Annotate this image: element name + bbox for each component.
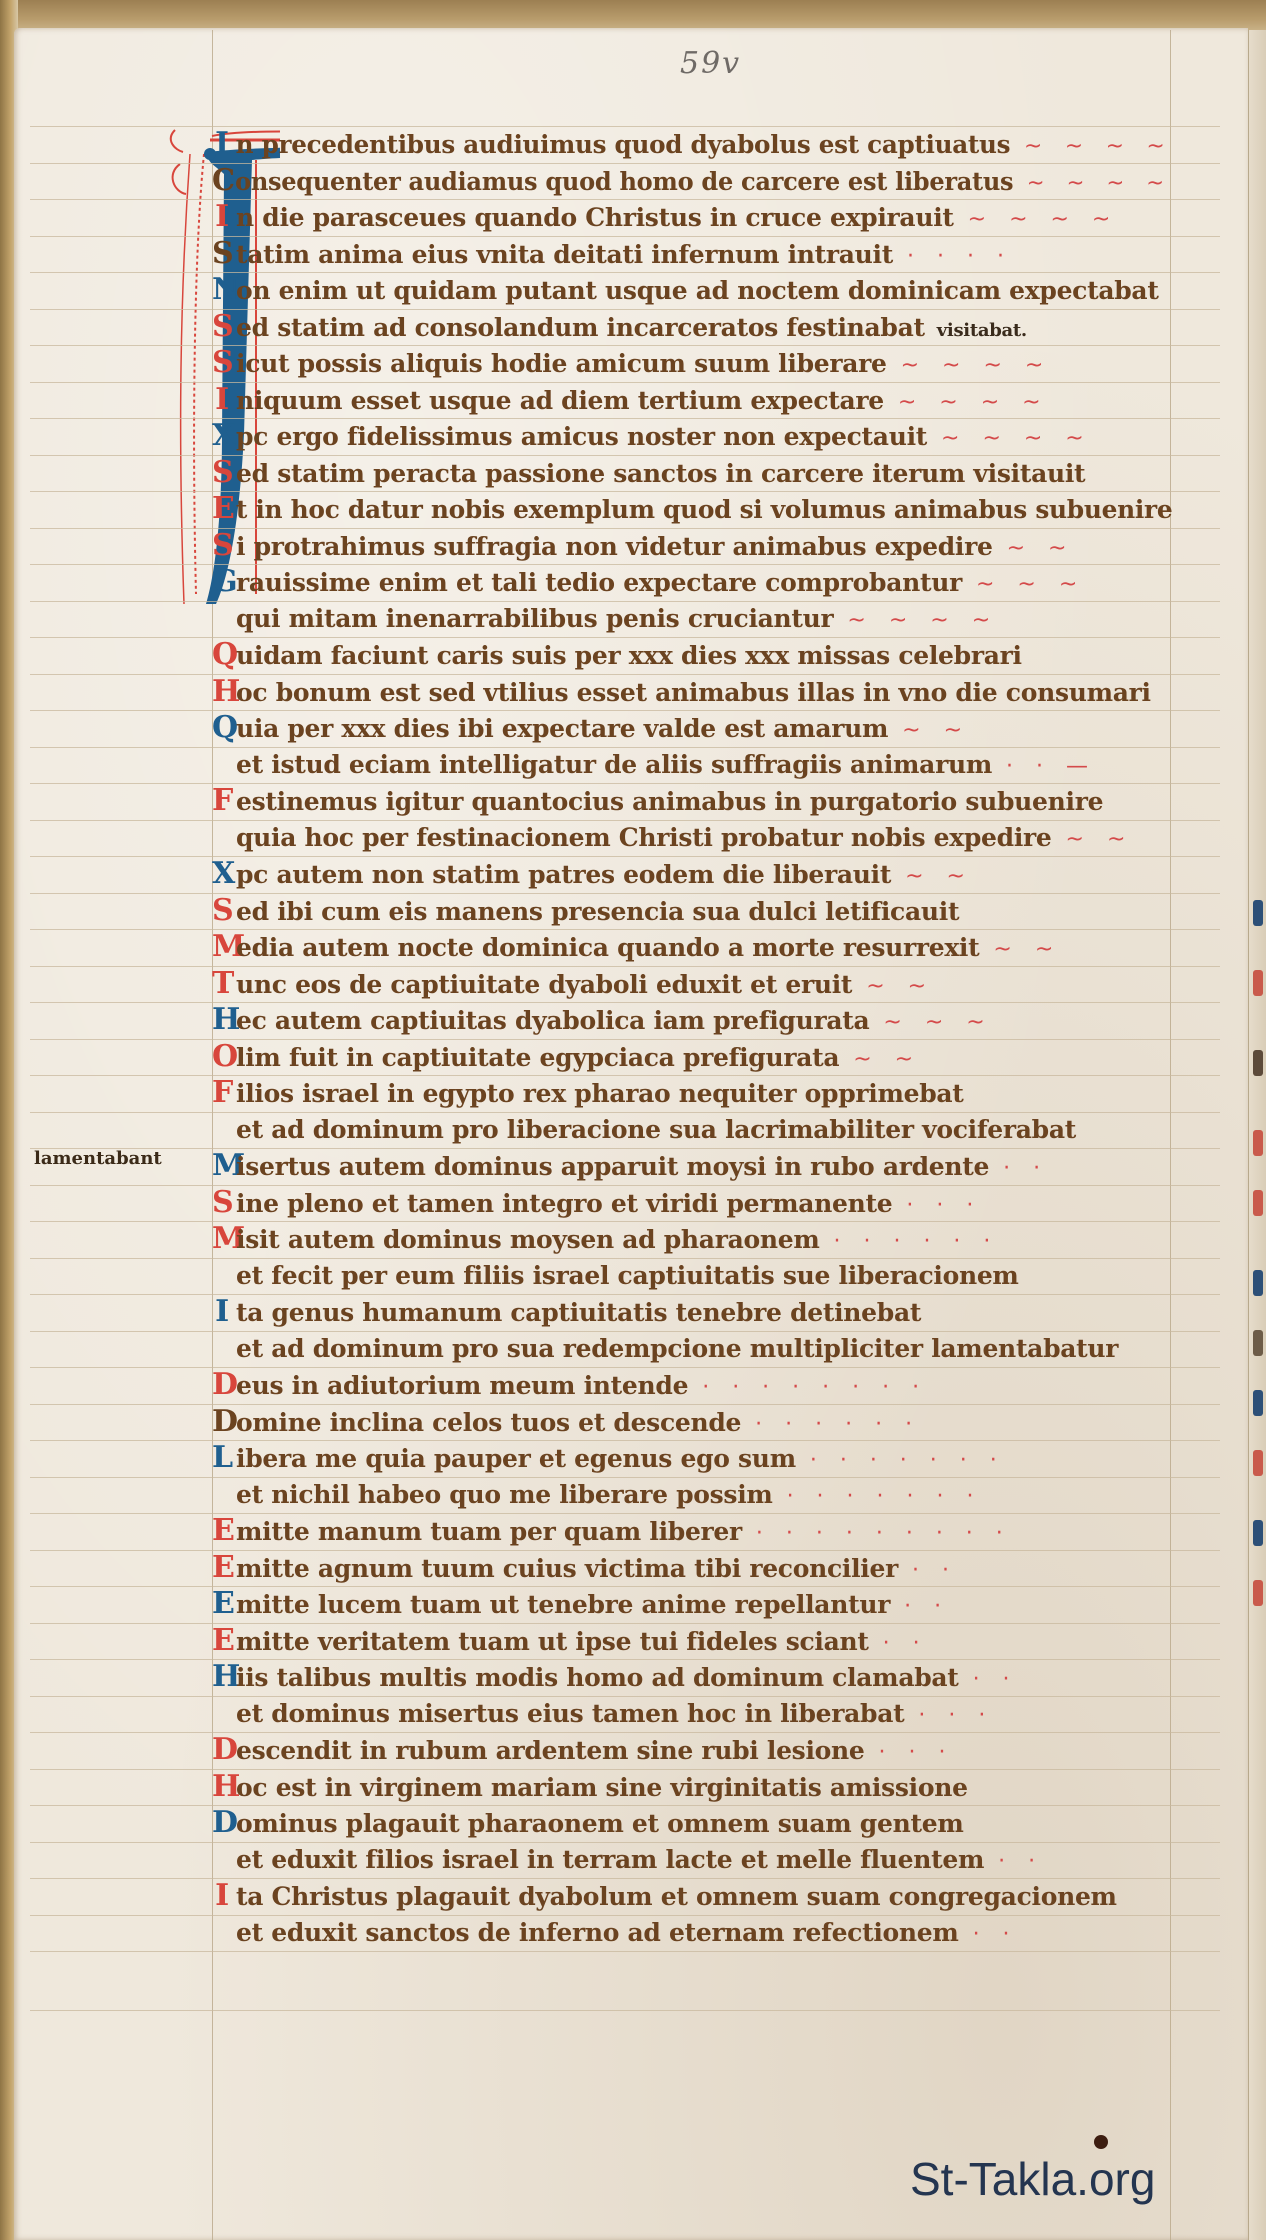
- text-line: Tunc eos de captiuitate dyaboli eduxit e…: [212, 966, 1172, 1003]
- line-text: isertus autem dominus apparuit moysi in …: [236, 1152, 989, 1181]
- leaf-initial-mark: [1253, 1330, 1263, 1356]
- line-initial: I: [212, 1294, 232, 1330]
- line-initial: H: [212, 674, 232, 710]
- line-text: quia hoc per festinacionem Christi proba…: [236, 823, 1052, 852]
- ruling-line: [30, 747, 1220, 748]
- line-text: uia per xxx dies ibi expectare valde est…: [236, 714, 888, 743]
- line-initial: X: [212, 418, 232, 454]
- line-filler: ~ ~ ~ ~: [898, 385, 1049, 421]
- ruling-line: [30, 455, 1220, 456]
- line-filler: ~ ~ ~ ~: [847, 603, 998, 639]
- line-filler: ~ ~: [1007, 531, 1075, 567]
- line-text: ta genus humanum captiuitatis tenebre de…: [236, 1298, 921, 1327]
- line-text: et eduxit sanctos de inferno ad eternam …: [236, 1918, 959, 1947]
- leaf-initial-mark: [1253, 1130, 1263, 1156]
- line-text: escendit in rubum ardentem sine rubi les…: [236, 1736, 865, 1765]
- line-text: n precedentibus audiuimus quod dyabolus …: [236, 130, 1011, 159]
- line-text: t in hoc datur nobis exemplum quod si vo…: [236, 495, 1173, 524]
- text-line: Non enim ut quidam putant usque ad nocte…: [212, 272, 1172, 309]
- text-line: Misertus autem dominus apparuit moysi in…: [212, 1148, 1172, 1185]
- line-text: on enim ut quidam putant usque ad noctem…: [236, 276, 1159, 305]
- text-line: In precedentibus audiuimus quod dyabolus…: [212, 126, 1159, 163]
- ruling-line: [30, 1258, 1220, 1259]
- line-text: omine inclina celos tuos et descende: [236, 1408, 741, 1437]
- line-text: et ad dominum pro sua redempcione multip…: [236, 1334, 1118, 1363]
- ruling-line: [30, 564, 1220, 565]
- ruling-line: [30, 309, 1220, 310]
- leaf-initial-mark: [1253, 1270, 1263, 1296]
- line-filler: ~ ~: [902, 713, 970, 749]
- ruling-line: [30, 1477, 1220, 1478]
- line-filler: ~ ~: [905, 859, 973, 895]
- line-initial: S: [212, 893, 232, 929]
- line-text: et dominus misertus eius tamen hoc in li…: [236, 1699, 904, 1728]
- leaf-initial-mark: [1253, 1450, 1263, 1476]
- text-line: Dominus plagauit pharaonem et omnem suam…: [212, 1805, 1172, 1842]
- margin-gloss: lamentabant: [34, 1148, 162, 1169]
- line-text: et fecit per eum filiis israel captiuita…: [236, 1261, 1019, 1290]
- line-text: mitte manum tuam per quam liberer: [236, 1517, 742, 1546]
- line-filler: · · · · · ·: [755, 1407, 920, 1443]
- line-text: eus in adiutorium meum intende: [236, 1371, 688, 1400]
- line-text: ed statim ad consolandum incarceratos fe…: [236, 313, 925, 342]
- text-line: Ita Christus plagauit dyabolum et omnem …: [212, 1878, 1172, 1915]
- line-filler: ~ ~: [993, 932, 1061, 968]
- line-text: ibera me quia pauper et egenus ego sum: [236, 1444, 796, 1473]
- line-text: oc est in virginem mariam sine virginita…: [236, 1773, 968, 1802]
- text-line: Emitte lucem tuam ut tenebre anime repel…: [212, 1586, 1172, 1623]
- leaf-initial-mark: [1253, 1390, 1263, 1416]
- ruling-line: [30, 199, 1220, 200]
- text-line: Xpc autem non statim patres eodem die li…: [212, 856, 1172, 893]
- line-text: mitte agnum tuum cuius victima tibi reco…: [236, 1554, 898, 1583]
- text-line: Xpc ergo fidelissimus amicus noster non …: [212, 418, 1172, 455]
- line-text: et ad dominum pro liberacione sua lacrim…: [236, 1115, 1076, 1144]
- ruling-line: [30, 1550, 1220, 1551]
- text-line: Statim anima eius vnita deitati infernum…: [212, 236, 1172, 273]
- ruling-line: [30, 820, 1220, 821]
- line-text: unc eos de captiuitate dyaboli eduxit et…: [236, 970, 852, 999]
- text-line: et dominus misertus eius tamen hoc in li…: [212, 1696, 1172, 1733]
- line-filler: · · —: [1006, 749, 1096, 785]
- text-line: qui mitam inenarrabilibus penis cruciant…: [212, 601, 1172, 638]
- ruling-line: [30, 345, 1220, 346]
- text-line: Hiis talibus multis modis homo ad dominu…: [212, 1659, 1172, 1696]
- text-line: Domine inclina celos tuos et descende· ·…: [212, 1404, 1172, 1441]
- line-filler: ~ ~: [866, 969, 934, 1005]
- line-text: ilios israel in egypto rex pharao nequit…: [236, 1079, 964, 1108]
- text-line: et fecit per eum filiis israel captiuita…: [212, 1258, 1172, 1295]
- line-text: et nichil habeo quo me liberare possim: [236, 1480, 773, 1509]
- line-initial: F: [212, 1075, 232, 1111]
- ruling-line: [30, 929, 1220, 930]
- ruling-line: [30, 1039, 1220, 1040]
- line-filler: ~ ~: [853, 1042, 921, 1078]
- line-initial: X: [212, 856, 232, 892]
- line-initial: E: [212, 1550, 232, 1586]
- line-filler: · ·: [973, 1917, 1018, 1953]
- line-initial: I: [212, 199, 232, 235]
- ruling-line: [30, 1221, 1220, 1222]
- line-initial: I: [212, 382, 232, 418]
- line-initial: C: [212, 163, 231, 199]
- text-line: Filios israel in egypto rex pharao nequi…: [212, 1075, 1172, 1112]
- text-line: Emitte veritatem tuam ut ipse tui fidele…: [212, 1623, 1172, 1660]
- text-line: quia hoc per festinacionem Christi proba…: [212, 820, 1172, 857]
- line-text: pc autem non statim patres eodem die lib…: [236, 860, 891, 889]
- line-text: mitte lucem tuam ut tenebre anime repell…: [236, 1590, 890, 1619]
- line-text: rauissime enim et tali tedio expectare c…: [236, 568, 962, 597]
- text-line: Si protrahimus suffragia non videtur ani…: [212, 528, 1172, 565]
- line-text: estinemus igitur quantocius animabus in …: [236, 787, 1103, 816]
- leaf-initial-mark: [1253, 1050, 1263, 1076]
- ruling-line: [30, 1112, 1220, 1113]
- line-text: oc bonum est sed vtilius esset animabus …: [236, 678, 1151, 707]
- text-line: Sicut possis aliquis hodie amicum suum l…: [212, 345, 1172, 382]
- line-initial: H: [212, 1659, 232, 1695]
- ruling-line: [30, 1842, 1220, 1843]
- text-line: Quidam faciunt caris suis per xxx dies x…: [212, 637, 1172, 674]
- line-text: ed ibi cum eis manens presencia sua dulc…: [236, 897, 959, 926]
- line-text: ec autem captiuitas dyabolica iam prefig…: [236, 1006, 869, 1035]
- text-line: Grauissime enim et tali tedio expectare …: [212, 564, 1172, 601]
- line-initial: S: [212, 1185, 232, 1221]
- ruling-line: [30, 382, 1220, 383]
- line-filler: · · · · · · ·: [787, 1479, 982, 1515]
- ruling-line: [30, 856, 1220, 857]
- text-line: Festinemus igitur quantocius animabus in…: [212, 783, 1172, 820]
- line-initial: H: [212, 1002, 232, 1038]
- text-line: Et in hoc datur nobis exemplum quod si v…: [212, 491, 1166, 528]
- text-line: et eduxit filios israel in terram lacte …: [212, 1842, 1172, 1879]
- line-text: mitte veritatem tuam ut ipse tui fideles…: [236, 1627, 869, 1656]
- ruling-line: [30, 1331, 1220, 1332]
- text-line: et istud eciam intelligatur de aliis suf…: [212, 747, 1172, 784]
- line-text: niquum esset usque ad diem tertium expec…: [236, 386, 884, 415]
- line-text: ed statim peracta passione sanctos in ca…: [236, 459, 1085, 488]
- ruling-line: [30, 236, 1220, 237]
- line-text: qui mitam inenarrabilibus penis cruciant…: [236, 604, 833, 633]
- line-filler: ~ ~ ~: [883, 1005, 992, 1041]
- text-line: In die parasceues quando Christus in cru…: [212, 199, 1172, 236]
- ruling-line: [30, 1915, 1220, 1916]
- line-initial: I: [212, 126, 232, 162]
- ruling-line: [30, 272, 1220, 273]
- line-initial: D: [212, 1404, 232, 1440]
- line-initial: T: [212, 966, 232, 1002]
- ruling-line: [30, 1002, 1220, 1003]
- line-initial: M: [212, 1221, 232, 1257]
- text-line: Hec autem captiuitas dyabolica iam prefi…: [212, 1002, 1172, 1039]
- ruling-line: [30, 1769, 1220, 1770]
- ruling-line: [30, 1513, 1220, 1514]
- line-filler: · · · · · · · ·: [702, 1370, 927, 1406]
- parchment-hole: [1094, 2135, 1108, 2149]
- leaf-initial-mark: [1253, 1580, 1263, 1606]
- line-initial: S: [212, 528, 232, 564]
- text-line: Iniquum esset usque ad diem tertium expe…: [212, 382, 1172, 419]
- line-text: ominus plagauit pharaonem et omnem suam …: [236, 1809, 963, 1838]
- line-initial: Q: [212, 637, 232, 673]
- ruling-line: [30, 710, 1220, 711]
- text-line: et nichil habeo quo me liberare possim· …: [212, 1477, 1172, 1514]
- line-initial: O: [212, 1039, 232, 1075]
- line-initial: E: [212, 491, 232, 527]
- line-filler: · ·: [1003, 1151, 1048, 1187]
- ruling-line: [30, 1148, 1220, 1149]
- line-text: isit autem dominus moysen ad pharaonem: [236, 1225, 819, 1254]
- line-initial: N: [212, 272, 232, 308]
- text-line: Sed ibi cum eis manens presencia sua dul…: [212, 893, 1172, 930]
- ruling-line: [30, 674, 1220, 675]
- ruling-line: [30, 1696, 1220, 1697]
- ruling-line: [30, 1440, 1220, 1441]
- line-filler: ~ ~ ~ ~: [941, 421, 1092, 457]
- leaf-initial-mark: [1253, 1520, 1263, 1546]
- text-line: Sed statim peracta passione sanctos in c…: [212, 455, 1172, 492]
- line-initial: I: [212, 1878, 232, 1914]
- line-filler: ~ ~ ~ ~: [1027, 166, 1172, 202]
- line-text: et eduxit filios israel in terram lacte …: [236, 1845, 984, 1874]
- line-text: uidam faciunt caris suis per xxx dies xx…: [236, 641, 1022, 670]
- text-line: et eduxit sanctos de inferno ad eternam …: [212, 1915, 1172, 1952]
- line-filler: · · ·: [879, 1735, 954, 1771]
- line-initial: D: [212, 1367, 232, 1403]
- ruling-line: [30, 1367, 1220, 1368]
- ruling-line: [30, 893, 1220, 894]
- line-initial: E: [212, 1586, 232, 1622]
- text-line: Olim fuit in captiuitate egypciaca prefi…: [212, 1039, 1172, 1076]
- text-line: Libera me quia pauper et egenus ego sum·…: [212, 1440, 1172, 1477]
- ruling-line: [30, 1805, 1220, 1806]
- line-text: onsequenter audiamus quod homo de carcer…: [235, 167, 1013, 196]
- line-initial: H: [212, 1769, 232, 1805]
- line-text: et istud eciam intelligatur de aliis suf…: [236, 750, 992, 779]
- line-initial: S: [212, 309, 232, 345]
- text-line: Descendit in rubum ardentem sine rubi le…: [212, 1732, 1172, 1769]
- line-filler: · · · · · · ·: [810, 1443, 1005, 1479]
- line-filler: ~ ~ ~ ~: [1024, 129, 1173, 165]
- text-line: et ad dominum pro sua redempcione multip…: [212, 1331, 1172, 1368]
- line-filler: · ·: [973, 1662, 1018, 1698]
- leaf-initial-mark: [1253, 1190, 1263, 1216]
- watermark: St-Takla.org: [910, 2152, 1155, 2206]
- ruling-line: [30, 637, 1220, 638]
- text-line: Quia per xxx dies ibi expectare valde es…: [212, 710, 1172, 747]
- line-filler: · · · ·: [907, 239, 1012, 275]
- line-text: iis talibus multis modis homo ad dominum…: [236, 1663, 959, 1692]
- line-filler: · · · · · ·: [833, 1224, 998, 1260]
- line-filler: · · · · · · · · ·: [756, 1516, 1011, 1552]
- folio-number: 59v: [680, 46, 741, 81]
- ruling-line: [30, 601, 1220, 602]
- line-filler: · ·: [998, 1844, 1043, 1880]
- line-initial: E: [212, 1623, 232, 1659]
- line-filler: · ·: [912, 1553, 957, 1589]
- line-text: ta Christus plagauit dyabolum et omnem s…: [236, 1882, 1117, 1911]
- ruling-line: [30, 1878, 1220, 1879]
- text-line: et ad dominum pro liberacione sua lacrim…: [212, 1112, 1172, 1149]
- line-initial: S: [212, 455, 232, 491]
- line-text: edia autem nocte dominica quando a morte…: [236, 933, 979, 962]
- ruling-line: [30, 1294, 1220, 1295]
- line-text: n die parasceues quando Christus in cruc…: [236, 203, 954, 232]
- ruling-line: [30, 1659, 1220, 1660]
- ruling-line: [30, 1185, 1220, 1186]
- text-line: Hoc bonum est sed vtilius esset animabus…: [212, 674, 1172, 711]
- line-initial: Q: [212, 710, 232, 746]
- text-line: Sine pleno et tamen integro et viridi pe…: [212, 1185, 1172, 1222]
- line-initial: S: [212, 345, 232, 381]
- ruling-line: [30, 1586, 1220, 1587]
- line-filler: ~ ~ ~ ~: [901, 348, 1052, 384]
- line-text: ine pleno et tamen integro et viridi per…: [236, 1189, 892, 1218]
- text-line: Media autem nocte dominica quando a mort…: [212, 929, 1172, 966]
- line-filler: · ·: [904, 1589, 949, 1625]
- ruling-line: [30, 1732, 1220, 1733]
- line-text: i protrahimus suffragia non videtur anim…: [236, 532, 993, 561]
- line-initial: S: [212, 236, 232, 272]
- line-initial: L: [212, 1440, 232, 1476]
- next-leaf-edge: [1248, 30, 1266, 2240]
- ruling-line: [30, 528, 1220, 529]
- line-filler: ~ ~ ~ ~: [968, 202, 1119, 238]
- line-text: icut possis aliquis hodie amicum suum li…: [236, 349, 887, 378]
- ruling-line: [30, 783, 1220, 784]
- line-initial: D: [212, 1732, 232, 1768]
- ruling-line: [30, 1623, 1220, 1624]
- ruling-line: [30, 1404, 1220, 1405]
- ruling-line: [30, 418, 1220, 419]
- ruling-line: [30, 1951, 1220, 1952]
- text-line: Emitte manum tuam per quam liberer· · · …: [212, 1513, 1172, 1550]
- line-initial: F: [212, 783, 232, 819]
- text-line: Misit autem dominus moysen ad pharaonem·…: [212, 1221, 1172, 1258]
- line-text: pc ergo fidelissimus amicus noster non e…: [236, 422, 927, 451]
- ruling-line: [30, 1075, 1220, 1076]
- ruling-bottom: [30, 2010, 1220, 2011]
- text-line: Emitte agnum tuum cuius victima tibi rec…: [212, 1550, 1172, 1587]
- line-filler: ~ ~ ~: [976, 567, 1085, 603]
- line-initial: M: [212, 929, 232, 965]
- text-line: Consequenter audiamus quod homo de carce…: [212, 163, 1136, 200]
- line-initial: M: [212, 1148, 232, 1184]
- text-line: Hoc est in virginem mariam sine virginit…: [212, 1769, 1172, 1806]
- line-filler: · ·: [883, 1626, 928, 1662]
- interlinear-gloss: visitabat.: [937, 313, 1027, 349]
- ruling-line: [30, 491, 1220, 492]
- line-initial: D: [212, 1805, 232, 1841]
- line-text: lim fuit in captiuitate egypciaca prefig…: [236, 1043, 839, 1072]
- line-text: tatim anima eius vnita deitati infernum …: [236, 240, 893, 269]
- text-line: Ita genus humanum captiuitatis tenebre d…: [212, 1294, 1172, 1331]
- leaf-initial-mark: [1253, 900, 1263, 926]
- line-filler: · · ·: [906, 1188, 981, 1224]
- line-filler: ~ ~: [1066, 822, 1134, 858]
- line-initial: G: [212, 564, 232, 600]
- line-filler: · · ·: [918, 1698, 993, 1734]
- text-line: Sed statim ad consolandum incarceratos f…: [212, 309, 1172, 346]
- ruling-line: [30, 163, 1220, 164]
- leaf-initial-mark: [1253, 970, 1263, 996]
- ruling-line: [30, 966, 1220, 967]
- line-initial: E: [212, 1513, 232, 1549]
- text-line: Deus in adiutorium meum intende· · · · ·…: [212, 1367, 1172, 1404]
